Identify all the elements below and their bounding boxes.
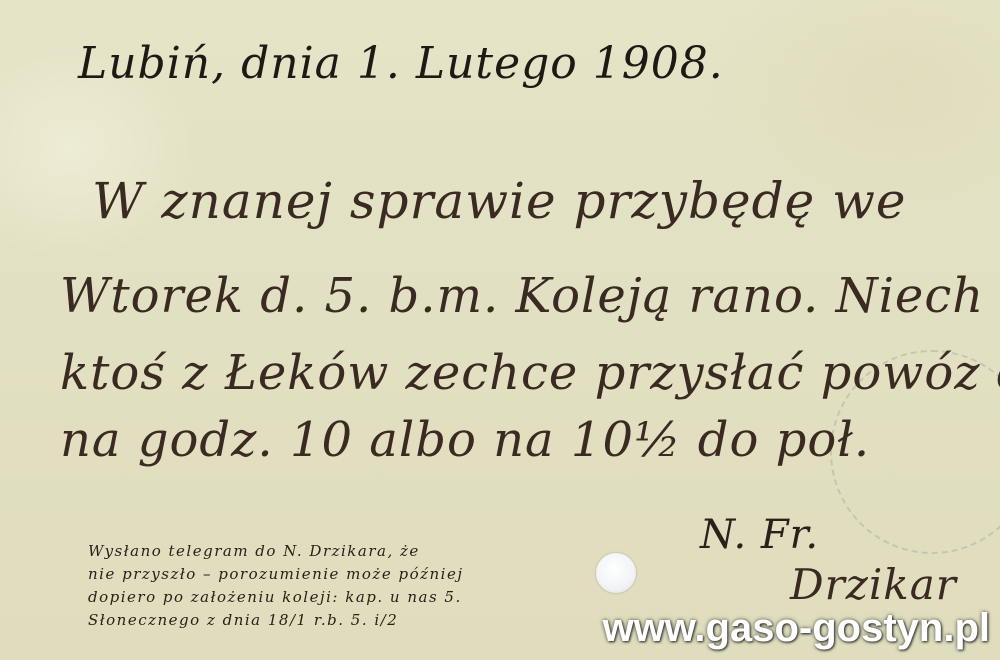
body-line-4: na godz. 10 albo na 10½ do poł.: [60, 412, 870, 468]
footnote-line-3: dopiero po założeniu koleji: kap. u nas …: [88, 586, 464, 609]
signature-initials: N. Fr.: [700, 512, 819, 558]
punch-hole: [596, 553, 636, 593]
footnote-line-4: Słonecznego z dnia 18/1 r.b. 5. i/2: [88, 609, 464, 632]
body-line-2: Wtorek d. 5. b.m. Koleją rano. Niech: [60, 268, 984, 324]
footnote-line-1: Wysłano telegram do N. Drzikara, że: [88, 540, 464, 563]
signature-name: Drzikar: [790, 560, 957, 609]
footnote: Wysłano telegram do N. Drzikara, że nie …: [88, 540, 464, 632]
body-line-3: ktoś z Łeków zechce przysłać powóz do Ks…: [60, 345, 1000, 401]
footnote-line-2: nie przyszło – porozumienie może później: [88, 563, 464, 586]
watermark: www.gaso-gostyn.pl: [603, 606, 990, 651]
body-line-1: W znanej sprawie przybędę we: [92, 172, 906, 230]
date-line: Lubiń, dnia 1. Lutego 1908.: [78, 38, 724, 89]
